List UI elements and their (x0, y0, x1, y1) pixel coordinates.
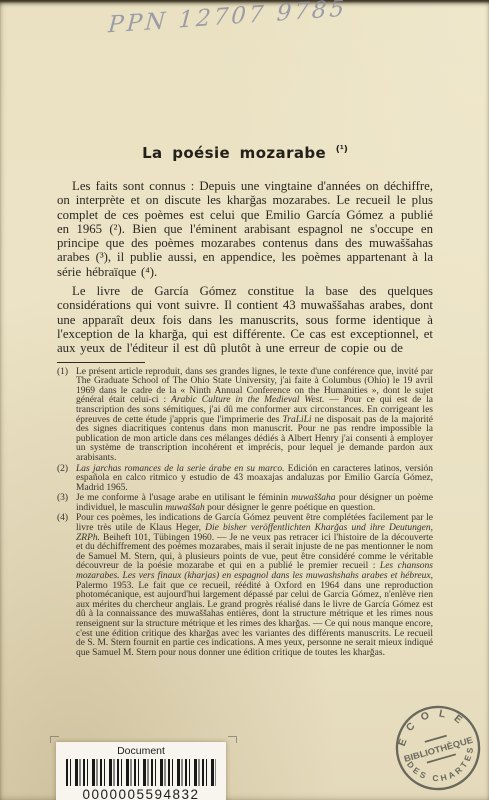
article-title-text: La poésie mozarabe (142, 144, 326, 162)
footnote-text: Le présent article reproduit, dans ses g… (76, 368, 433, 464)
footnote-cited-title: Arabic Culture in the Medieval West. (171, 395, 324, 405)
article-body: Les faits sont connus : Depuis une vingt… (57, 179, 433, 356)
barcode (66, 759, 216, 786)
footnote-number: (2) (57, 465, 76, 494)
footnote-cited-title: TraLiLi (282, 415, 311, 425)
title-footnote-ref: (¹) (336, 145, 348, 155)
barcode-sticker-label: Document (56, 742, 226, 757)
footnote-cited-title: muwaššah (165, 503, 205, 513)
footnote-text: Je me conforme à l'usage arabe en utilis… (76, 494, 433, 513)
paragraph-2: Le livre de García Gómez constitue la ba… (57, 284, 433, 355)
registration-corner-mark (228, 736, 237, 743)
footnote-text-segment: Je me conforme à l'usage arabe en utilis… (76, 493, 291, 503)
text-column: La poésie mozarabe (¹) Les faits sont co… (57, 0, 433, 659)
footnote-text-segment: pour désigner le genre poétique en quest… (205, 503, 375, 513)
barcode-number: 0000005594832 (56, 787, 226, 800)
footnote: (3)Je me conforme à l'usage arabe en uti… (57, 494, 433, 513)
footnote: (2)Las jarchas romances de la serie árab… (57, 465, 433, 494)
footnote-cited-title: Las jarchas romances de la serie árabe e… (76, 464, 285, 474)
footnote-text: Pour ces poèmes, les indications de Garc… (76, 514, 433, 658)
footnote-number: (3) (57, 494, 76, 513)
footnote-separator (57, 362, 145, 363)
footnote-number: (1) (57, 368, 76, 464)
scanned-page: PPN 12707 9785 La poésie mozarabe (¹) Le… (0, 0, 489, 800)
footnote-text-segment: Palermo 1953. Le fait que ce recueil, ré… (76, 581, 433, 658)
barcode-sticker: Document 0000005594832 (56, 742, 226, 800)
stamp-divider-top (425, 736, 447, 742)
footnotes-block: (1)Le présent article reproduit, dans se… (57, 368, 433, 659)
footnote-number: (4) (57, 514, 76, 658)
footnote-cited-title: muwaššaha (291, 493, 335, 503)
paragraph-1: Les faits sont connus : Depuis une vingt… (57, 179, 433, 279)
library-stamp: ECOLE BIBLIOTHÈQUE DES CHARTES (384, 694, 489, 800)
footnote-text: Las jarchas romances de la serie árabe e… (76, 465, 433, 494)
footnote: (4)Pour ces poèmes, les indications de G… (57, 514, 433, 658)
article-title: La poésie mozarabe (¹) (57, 144, 433, 162)
footnote: (1)Le présent article reproduit, dans se… (57, 368, 433, 464)
